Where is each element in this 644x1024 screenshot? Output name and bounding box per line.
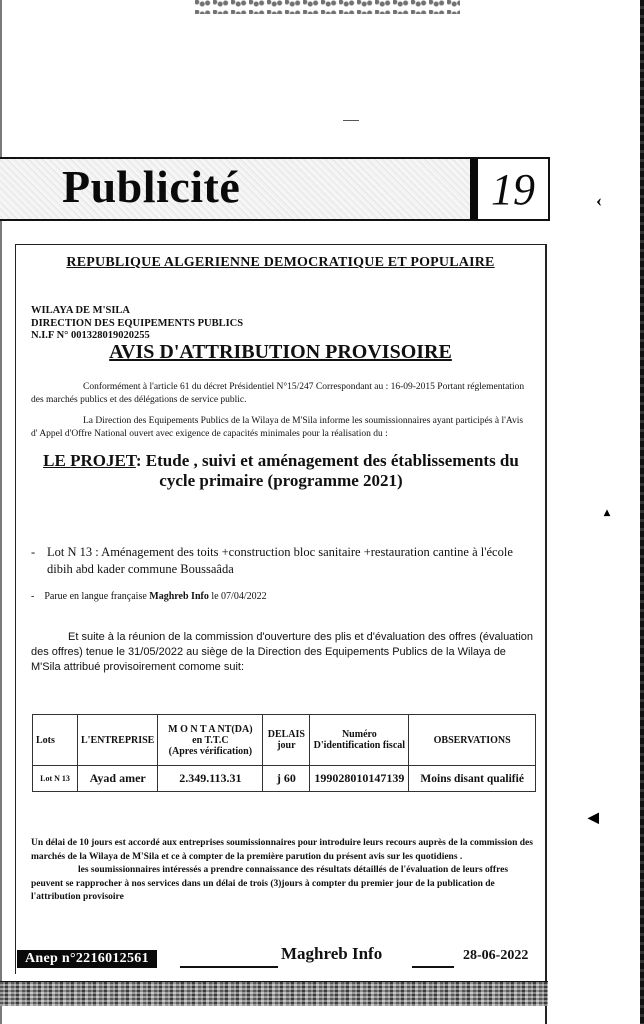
col-lots: Lots <box>33 715 78 766</box>
recourse-note: Un délai de 10 jours est accordé aux ent… <box>31 837 536 905</box>
published-date: le 07/04/2022 <box>209 591 267 602</box>
scan-edge-left <box>0 0 2 1024</box>
col-montant-line1: M O N T A NT(DA) <box>161 724 259 735</box>
col-delais-line2: jour <box>266 740 306 751</box>
page-number: 19 <box>478 159 548 219</box>
recourse-text: Un délai de 10 jours est accordé aux ent… <box>31 837 536 864</box>
scan-noise <box>195 0 460 14</box>
results-info-text: les soumissionnaires intéressés a prendr… <box>31 865 508 902</box>
lot-description-text: Lot N 13 : Aménagement des toits +constr… <box>47 544 531 578</box>
scan-dash <box>343 120 359 121</box>
header-divider <box>470 159 478 219</box>
scan-mark: ‹ <box>596 190 602 211</box>
col-montant-line2: en T.T.C <box>161 735 259 746</box>
scan-edge-right <box>640 0 644 1024</box>
footer-rule <box>412 966 454 968</box>
table-header-row: Lots L'ENTREPRISE M O N T A NT(DA) en T.… <box>33 715 536 766</box>
award-notice: REPUBLIQUE ALGERIENNE DEMOCRATIQUE ET PO… <box>15 244 546 974</box>
col-delais: DELAIS jour <box>263 715 310 766</box>
project-label: LE PROJET <box>43 451 136 470</box>
cell-delais: j 60 <box>263 766 310 792</box>
table-row: Lot N 13 Ayad amer 2.349.113.31 j 60 199… <box>33 766 536 792</box>
cell-lot: Lot N 13 <box>33 766 78 792</box>
scan-bottom-band <box>0 981 548 1006</box>
project-text: : Etude , suivi et aménagement des établ… <box>136 451 519 490</box>
notice-title: AVIS D'ATTRIBUTION PROVISOIRE <box>16 341 545 364</box>
section-title: Publicité <box>62 160 240 213</box>
intro-text: La Direction des Equipements Publics de … <box>31 416 523 439</box>
meeting-paragraph: Et suite à la réunion de la commission d… <box>31 630 536 675</box>
attribution-table: Lots L'ENTREPRISE M O N T A NT(DA) en T.… <box>32 714 536 792</box>
col-entreprise: L'ENTREPRISE <box>78 715 158 766</box>
lot-description: - Lot N 13 : Aménagement des toits +cons… <box>31 544 531 578</box>
newspaper-name: Maghreb Info <box>281 944 382 964</box>
col-montant: M O N T A NT(DA) en T.T.C (Apres vérific… <box>158 715 263 766</box>
scan-mark: ▴ <box>604 505 610 520</box>
publication-date: 28-06-2022 <box>463 948 528 964</box>
cell-nif: 199028010147139 <box>310 766 409 792</box>
legal-basis: Conformément à l'article 61 du décret Pr… <box>31 381 531 407</box>
col-observations: OBSERVATIONS <box>409 715 536 766</box>
meeting-text: Et suite à la réunion de la commission d… <box>31 631 533 673</box>
intro-paragraph: La Direction des Equipements Publics de … <box>31 415 531 441</box>
publication-reference: -Parue en langue française Maghreb Info … <box>31 591 267 602</box>
col-nif-line1: Numéro <box>313 729 405 740</box>
issuer-block: WILAYA DE M'SILA DIRECTION DES EQUIPEMEN… <box>31 305 243 343</box>
anep-reference: Anep n°2216012561 <box>17 950 157 968</box>
cell-observations: Moins disant qualifié <box>409 766 536 792</box>
issuer-direction: DIRECTION DES EQUIPEMENTS PUBLICS <box>31 318 243 331</box>
published-prefix: Parue en langue française <box>44 591 149 602</box>
republic-heading: REPUBLIQUE ALGERIENNE DEMOCRATIQUE ET PO… <box>16 255 545 271</box>
cell-entreprise: Ayad amer <box>78 766 158 792</box>
legal-basis-text: Conformément à l'article 61 du décret Pr… <box>31 382 524 405</box>
col-montant-line3: (Apres vérification) <box>161 746 259 757</box>
project-heading: LE PROJET: Etude , suivi et aménagement … <box>31 451 531 491</box>
published-paper: Maghreb Info <box>149 591 209 602</box>
col-nif-line2: D'identification fiscal <box>313 740 405 751</box>
col-nif: Numéro D'identification fiscal <box>310 715 409 766</box>
section-header: Publicité 19 <box>0 157 550 221</box>
cell-montant: 2.349.113.31 <box>158 766 263 792</box>
col-delais-line1: DELAIS <box>266 729 306 740</box>
issuer-wilaya: WILAYA DE M'SILA <box>31 305 243 318</box>
scan-mark: ◀ <box>588 810 599 827</box>
footer-rule <box>180 966 278 968</box>
